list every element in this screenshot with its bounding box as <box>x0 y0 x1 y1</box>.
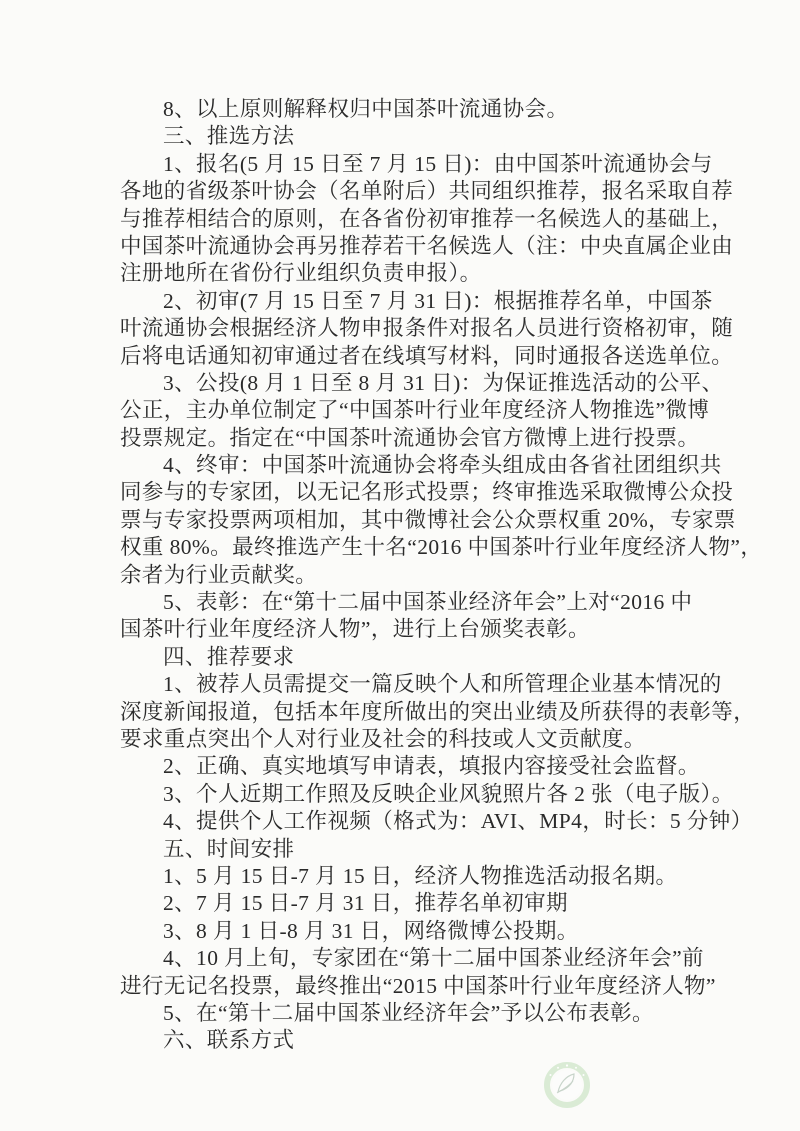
text-line: 3、个人近期工作照及反映企业风貌照片各 2 张（电子版）。 <box>120 781 686 808</box>
document-lines: 8、以上原则解释权归中国茶叶流通协会。三、推选方法1、报名(5 月 15 日至 … <box>120 96 686 1055</box>
text-line: 8、以上原则解释权归中国茶叶流通协会。 <box>120 96 686 123</box>
text-line: 叶流通协会根据经济人物申报条件对报名人员进行资格初审，随 <box>120 315 686 342</box>
text-line: 注册地所在省份行业组织负责申报）。 <box>120 260 686 287</box>
text-line: 3、8 月 1 日-8 月 31 日，网络微博公投期。 <box>120 918 686 945</box>
text-line: 1、被荐人员需提交一篇反映个人和所管理企业基本情况的 <box>120 671 686 698</box>
text-line: 票与专家投票两项相加，其中微博社会公众票权重 20%，专家票 <box>120 507 686 534</box>
text-line: 进行无记名投票，最终推出“2015 中国茶叶行业年度经济人物” <box>120 973 686 1000</box>
text-line: 深度新闻报道，包括本年度所做出的突出业绩及所获得的表彰等， <box>120 699 686 726</box>
text-line: 与推荐相结合的原则，在各省份初审推荐一名候选人的基础上， <box>120 206 686 233</box>
text-line: 1、报名(5 月 15 日至 7 月 15 日)：由中国茶叶流通协会与 <box>120 151 686 178</box>
text-line: 2、初审(7 月 15 日至 7 月 31 日)：根据推荐名单，中国茶 <box>120 288 686 315</box>
text-line: 2、正确、真实地填写申请表，填报内容接受社会监督。 <box>120 753 686 780</box>
text-line: 四、推荐要求 <box>120 644 686 671</box>
text-line: 4、10 月上旬，专家团在“第十二届中国茶业经济年会”前 <box>120 945 686 972</box>
text-line: 4、提供个人工作视频（格式为：AVI、MP4，时长：5 分钟） <box>120 808 686 835</box>
text-line: 各地的省级茶叶协会（名单附后）共同组织推荐，报名采取自荐 <box>120 178 686 205</box>
text-line: 权重 80%。最终推选产生十名“2016 中国茶叶行业年度经济人物”， <box>120 534 686 561</box>
leaf-seal-icon <box>543 1061 591 1109</box>
text-line: 六、联系方式 <box>120 1027 686 1054</box>
text-line: 4、终审：中国茶叶流通协会将牵头组成由各省社团组织共 <box>120 452 686 479</box>
text-line: 中国茶叶流通协会再另推荐若干名候选人（注：中央直属企业由 <box>120 233 686 260</box>
text-line: 5、在“第十二届中国茶业经济年会”予以公布表彰。 <box>120 1000 686 1027</box>
text-line: 1、5 月 15 日-7 月 15 日，经济人物推选活动报名期。 <box>120 863 686 890</box>
text-line: 后将电话通知初审通过者在线填写材料，同时通报各送选单位。 <box>120 343 686 370</box>
text-line: 3、公投(8 月 1 日至 8 月 31 日)：为保证推选活动的公平、 <box>120 370 686 397</box>
text-line: 国茶叶行业年度经济人物”，进行上台颁奖表彰。 <box>120 616 686 643</box>
text-line: 余者为行业贡献奖。 <box>120 562 686 589</box>
document-page: 8、以上原则解释权归中国茶叶流通协会。三、推选方法1、报名(5 月 15 日至 … <box>0 0 800 1131</box>
text-line: 2、7 月 15 日-7 月 31 日，推荐名单初审期 <box>120 890 686 917</box>
text-line: 投票规定。指定在“中国茶叶流通协会官方微博上进行投票。 <box>120 425 686 452</box>
text-line: 三、推选方法 <box>120 123 686 150</box>
text-line: 公正，主办单位制定了“中国茶叶行业年度经济人物推选”微博 <box>120 397 686 424</box>
text-line: 同参与的专家团，以无记名形式投票；终审推选采取微博公众投 <box>120 479 686 506</box>
text-line: 五、时间安排 <box>120 836 686 863</box>
text-line: 5、表彰：在“第十二届中国茶业经济年会”上对“2016 中 <box>120 589 686 616</box>
text-line: 要求重点突出个人对行业及社会的科技或人文贡献度。 <box>120 726 686 753</box>
tea-leaf-watermark <box>543 1061 591 1109</box>
